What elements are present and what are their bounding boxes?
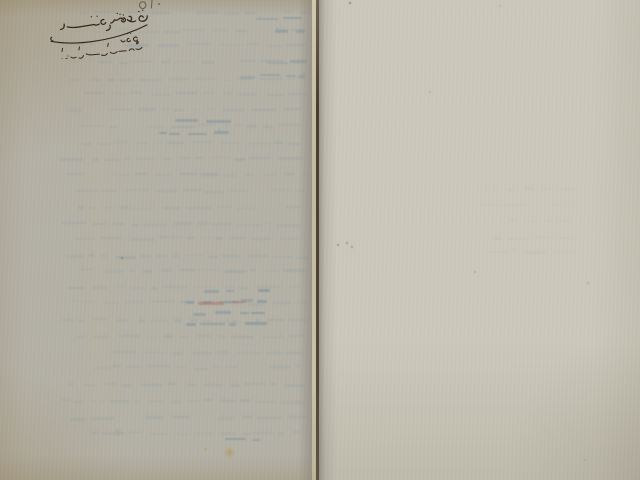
folio-digit-1 (151, 0, 152, 8)
right-page (319, 0, 640, 480)
folio-number (137, 0, 165, 11)
left-page-crease (90, 110, 108, 420)
inscription-line1-word1 (121, 10, 148, 23)
inscription-line3 (61, 39, 142, 59)
spine-shadow-line (316, 0, 319, 480)
inscription-line1-word3 (60, 16, 106, 30)
folio-digit-5 (140, 2, 146, 9)
manuscript-spread (0, 0, 640, 480)
left-page (0, 0, 313, 480)
title-inscription (40, 7, 155, 59)
inscription-underline-swash (50, 25, 148, 45)
